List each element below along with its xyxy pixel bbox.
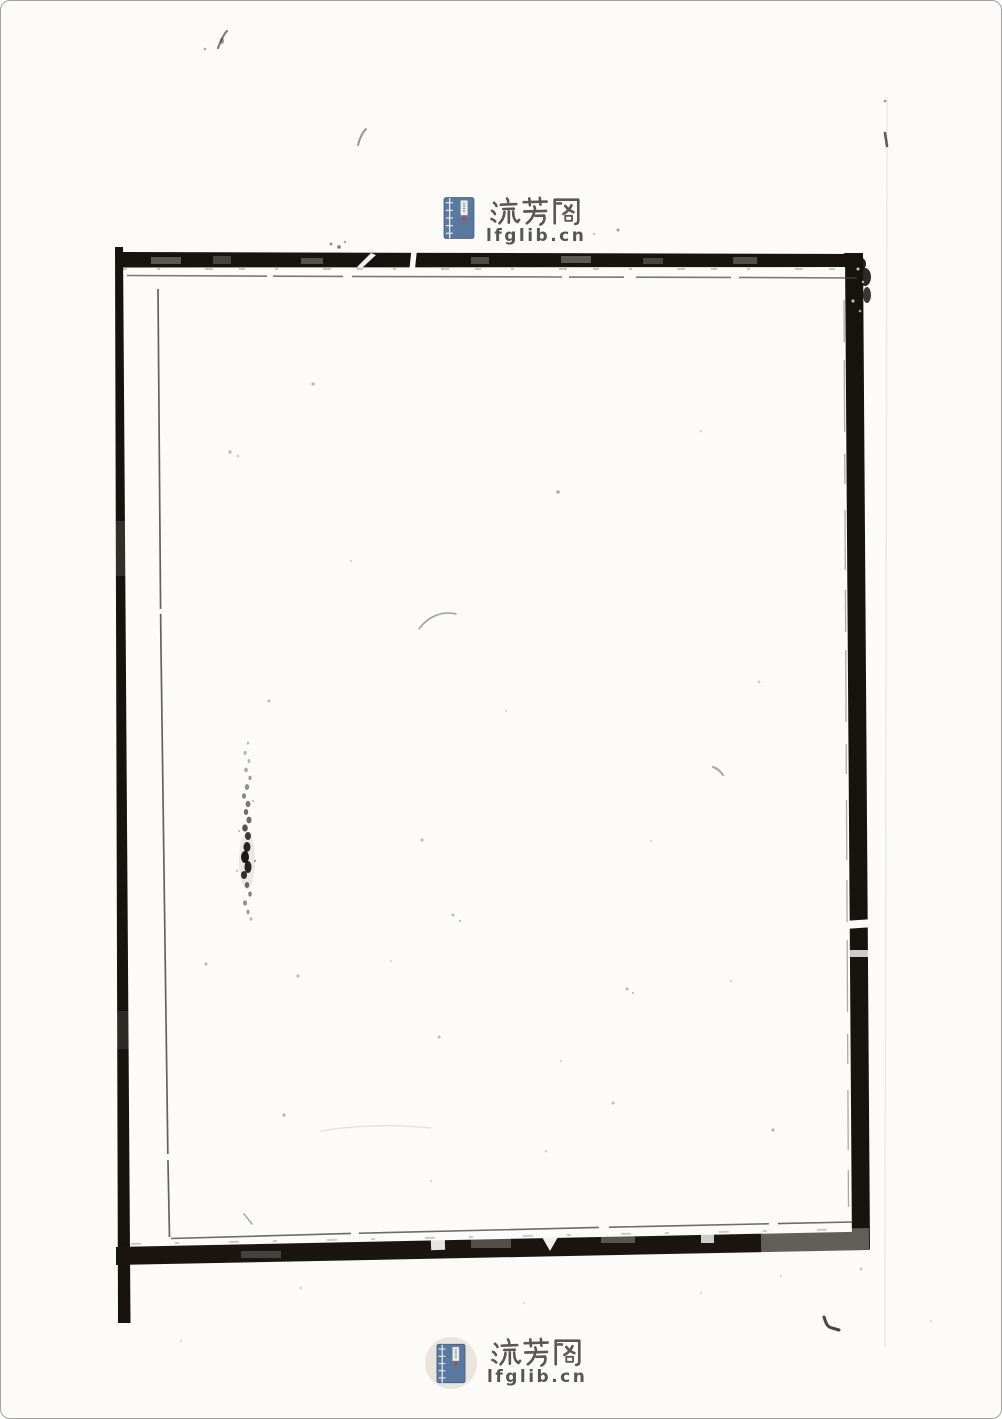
frame-left-border <box>115 247 131 1323</box>
inner-rule-top <box>127 276 857 279</box>
ink-smudge-streak <box>236 741 256 920</box>
inner-rule-lines <box>127 276 857 1239</box>
lower-faint-hairline <box>321 1126 431 1131</box>
watermark-top: lfglib.cn <box>442 195 586 245</box>
site-name-hanzi <box>486 196 585 227</box>
page-crease-line <box>885 97 887 1346</box>
site-domain-text: lfglib.cn <box>486 228 586 245</box>
site-domain-text: lfglib.cn <box>487 1369 587 1386</box>
watermark-badge <box>425 1337 477 1389</box>
inner-rule-left <box>158 289 170 1237</box>
watermark-bottom: lfglib.cn <box>425 1337 587 1389</box>
below-frame-mark <box>824 1317 839 1330</box>
mid-hairline <box>419 613 456 629</box>
bottom-left-dash <box>244 1214 252 1224</box>
book-icon <box>442 195 476 241</box>
watermark-text: lfglib.cn <box>487 1337 587 1386</box>
frame-bottom-border <box>116 1228 870 1265</box>
book-icon <box>435 1342 467 1385</box>
small-hook-mark <box>713 767 723 775</box>
scanned-page: lfglib.cn <box>0 0 1002 1419</box>
watermark-text: lfglib.cn <box>486 195 586 245</box>
upper-ink-stroke <box>358 129 366 145</box>
site-name-hanzi <box>487 1337 586 1368</box>
